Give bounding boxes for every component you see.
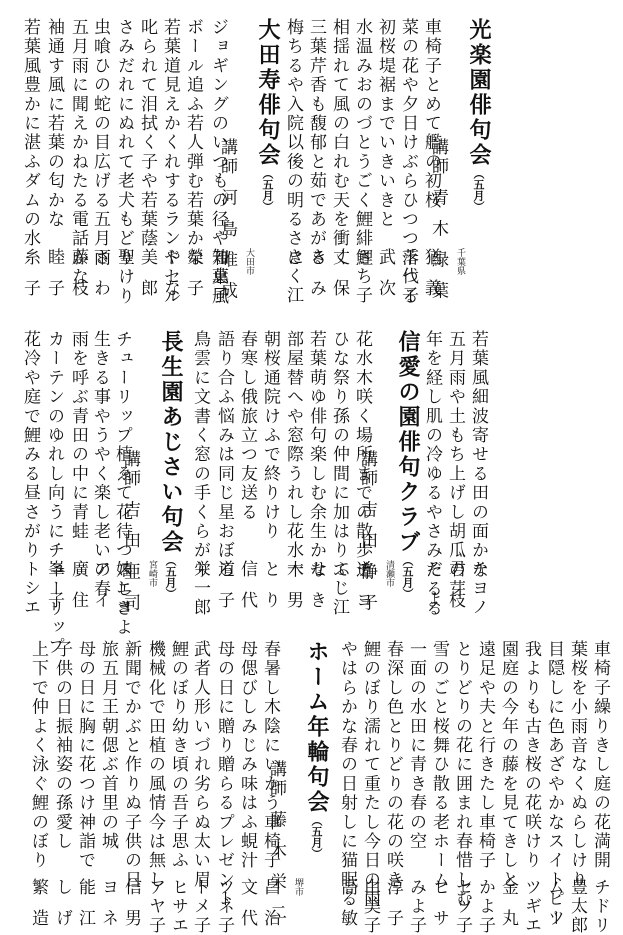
haiku-author: しげ: [52, 878, 72, 935]
haiku-text: 初桜堤裾までいきいきと: [375, 18, 395, 229]
haiku-author: 丈保: [329, 248, 349, 310]
section-header: ホーム年輪句会（五月）: [303, 640, 329, 859]
section-month: （五月）: [472, 168, 485, 212]
section-month: （五月）: [401, 555, 414, 599]
haiku-text: 梅ちるや入院以後の明るさに: [283, 18, 303, 268]
haiku-text: 花水木咲く場所までの散歩道: [352, 330, 372, 580]
haiku-author: ツギエ: [521, 878, 541, 935]
haiku-text: 叱られて泪拭く子や若葉蔭: [137, 18, 157, 248]
haiku-author: スエヨ: [112, 560, 132, 617]
haiku-author: かよ子: [475, 878, 495, 935]
haiku-text: 春深し色とりどりの花の咲き: [383, 640, 403, 890]
haiku-text: 武者人形いづれ劣らぬ太い眉: [190, 640, 210, 890]
haiku-text: とりどりの花に囲まれ春惜しむ: [452, 640, 472, 909]
location-label: 大田市: [243, 248, 254, 275]
section-month: （五月）: [164, 555, 177, 599]
haiku-author: 栄一郎: [190, 560, 210, 617]
haiku-text: 相揺れて風の白れむ天を衝く: [329, 18, 349, 268]
haiku-text: 五月雨や土もち上げし胡瓜の芽: [445, 330, 465, 599]
haiku-author: 廣住: [68, 560, 88, 622]
haiku-text: 鯉のぼり幼き頃の吾子思ふ: [168, 640, 188, 870]
location-label: 千葉県: [454, 248, 465, 275]
haiku-author: 猶義: [421, 248, 441, 310]
haiku-author: 知恵子: [208, 248, 228, 305]
haiku-author: 榮子: [183, 248, 203, 310]
haiku-author: ヨネ: [98, 878, 118, 935]
haiku-text: 春寒し俄旅立つ友送る: [237, 330, 257, 522]
haiku-author: チヨノ: [468, 560, 488, 617]
haiku-author: 睦子: [44, 248, 64, 310]
haiku-text: 雨を呼ぶ青田の中に青蛙: [68, 330, 88, 541]
haiku-text: 葉桜を小雨音なくぬらしけり: [567, 640, 587, 890]
section-title: 信愛の園俳句クラブ: [395, 330, 420, 555]
haiku-author: 千代子: [398, 248, 418, 305]
haiku-author: 武次: [375, 248, 395, 310]
haiku-text: 若葉風豊かに湛ふダムの水: [20, 18, 40, 248]
haiku-author: せき: [306, 560, 326, 622]
haiku-text: 雪のごと桜舞ひ散る老ホーム: [429, 640, 449, 890]
haiku-text: 生きる事やうやく楽し老いの春: [90, 330, 110, 599]
haiku-author: 君枝: [445, 560, 465, 622]
haiku-author: さち子: [352, 248, 372, 305]
haiku-author: 淳子: [383, 878, 403, 935]
haiku-author: 昌治: [260, 878, 280, 935]
section-header: 信愛の園俳句クラブ（五月）: [394, 330, 420, 599]
haiku-author: アヤ子: [145, 878, 165, 935]
haiku-author: セツ子: [452, 878, 472, 935]
haiku-text: 春暑し木陰にいかう車椅子: [260, 640, 280, 870]
haiku-text: 母の日に贈り贈らるプレゼント: [214, 640, 234, 909]
haiku-author: さわ: [90, 248, 110, 310]
haiku-text: 機械化で田植の風情今は無し: [145, 640, 165, 890]
haiku-text: 園庭の今年の藤を見てきしと: [498, 640, 518, 890]
location-label: 堺市: [292, 878, 303, 896]
haiku-author: ヒサ: [429, 878, 449, 935]
haiku-author: トシエ: [20, 560, 40, 617]
haiku-text: 旅五月王朝偲ぶ首里の城: [98, 640, 118, 851]
haiku-text: 語り合ふ悩みは同じ星おぼろ: [214, 330, 234, 580]
haiku-author: 道子: [214, 560, 234, 622]
section-month: （五月）: [261, 168, 274, 212]
haiku-author: 能江: [75, 878, 95, 935]
haiku-text: やはらかな春の日射しに猫眠る: [337, 640, 357, 909]
section-month: （五月）: [310, 815, 323, 859]
haiku-text: 朝桜通院けふで終りけり: [260, 330, 280, 541]
location-label: 宮崎市: [146, 560, 157, 587]
haiku-author: チヨ: [352, 560, 372, 622]
haiku-author: 繁造: [28, 878, 48, 935]
haiku-author: 金丸: [498, 878, 518, 935]
haiku-author: トメ子: [190, 878, 210, 935]
haiku-author: ツネ子: [214, 878, 234, 935]
section-header: 光楽園俳句会（五月）: [465, 18, 491, 212]
haiku-text: ボール追ふ若人弾む若葉かな: [183, 18, 203, 268]
haiku-author: 高敏: [337, 878, 357, 935]
haiku-text: 鯉のぼり濡れて重たし今日の雨: [360, 640, 380, 909]
haiku-author: 信男: [121, 878, 141, 935]
haiku-author: きく江: [283, 248, 303, 305]
haiku-author: ヒサエ: [168, 878, 188, 935]
haiku-author: 文代: [237, 878, 257, 935]
section-title: 光楽園俳句会: [466, 18, 491, 168]
haiku-text: 子供の日振袖姿の孫愛し: [52, 640, 72, 851]
haiku-text: 車椅子繰りきし庭の花満開: [590, 640, 610, 870]
haiku-text: 虫喰ひの蛇の目広げる五月雨: [90, 18, 110, 268]
haiku-text: 若葉萌ゆ俳句楽しむ余生かな: [306, 330, 326, 580]
haiku-text: 母の日に胸に花つけ神詣で: [75, 640, 95, 870]
haiku-text: 遠足や夫と行きたし車椅子: [475, 640, 495, 870]
haiku-author: とり: [260, 560, 280, 622]
haiku-text: 母偲びしみじみ味はふ蜆汁: [237, 640, 257, 870]
haiku-text: 水温みおのづとうごく鯉緋鯉: [352, 18, 372, 268]
haiku-author: みよ子: [406, 878, 426, 935]
haiku-text: 部屋替へや窓際うれし花水木: [283, 330, 303, 580]
haiku-author: 糸子: [20, 248, 40, 310]
haiku-author: きみ: [306, 248, 326, 310]
haiku-text: 花冷や庭で鯉みる昼さがり: [20, 330, 40, 560]
haiku-author: 信代: [237, 560, 257, 622]
haiku-author: チドリ: [590, 878, 610, 935]
haiku-text: 三葉芹香も馥郁と茹であがる: [306, 18, 326, 268]
section-title: ホーム年輪句会: [304, 640, 329, 815]
haiku-author: ムツ: [544, 878, 564, 935]
haiku-text: 車椅子とめて艦の初桜: [421, 18, 441, 210]
haiku-author: やな: [160, 248, 180, 310]
haiku-text: 袖通す風に若葉の匂かな: [44, 18, 64, 229]
haiku-author: 美郎: [137, 248, 157, 310]
haiku-author: 聖: [114, 248, 134, 279]
haiku-text: 我よりも古き桜の花咲けり: [521, 640, 541, 870]
haiku-text: 新聞でかぶと作りぬ子供の日: [121, 640, 141, 890]
haiku-text: 鳥雲に文書く窓の手くらがり: [190, 330, 210, 580]
haiku-author: 一男: [283, 560, 303, 622]
section-title: 大田寿俳句会: [255, 18, 280, 168]
haiku-author: アイ: [90, 560, 110, 622]
haiku-author: 藤枝: [68, 248, 88, 310]
haiku-author: 峯子: [44, 560, 64, 622]
section-header: 大田寿俳句会（五月）: [254, 18, 280, 212]
section-title: 長生園あじさい句会: [158, 330, 183, 555]
haiku-text: 若葉風細波寄せる田の面かな: [468, 330, 488, 580]
location-label: 清瀬市: [383, 560, 394, 587]
haiku-author: 由美子: [360, 878, 380, 935]
haiku-author: ふじ江: [329, 560, 349, 617]
haiku-text: 上下で仲よく泳ぐ鯉のぼり: [28, 640, 48, 870]
haiku-text: 五月雨に聞えかねたる電話かな: [68, 18, 88, 287]
haiku-author: そよ: [422, 560, 442, 622]
haiku-author: 豊太郎: [567, 878, 587, 935]
section-header: 長生園あじさい句会（五月）: [157, 330, 183, 599]
haiku-text: 一面の水田に青き春の空: [406, 640, 426, 851]
haiku-text: ひな祭り孫の仲間に加はりて: [329, 330, 349, 580]
